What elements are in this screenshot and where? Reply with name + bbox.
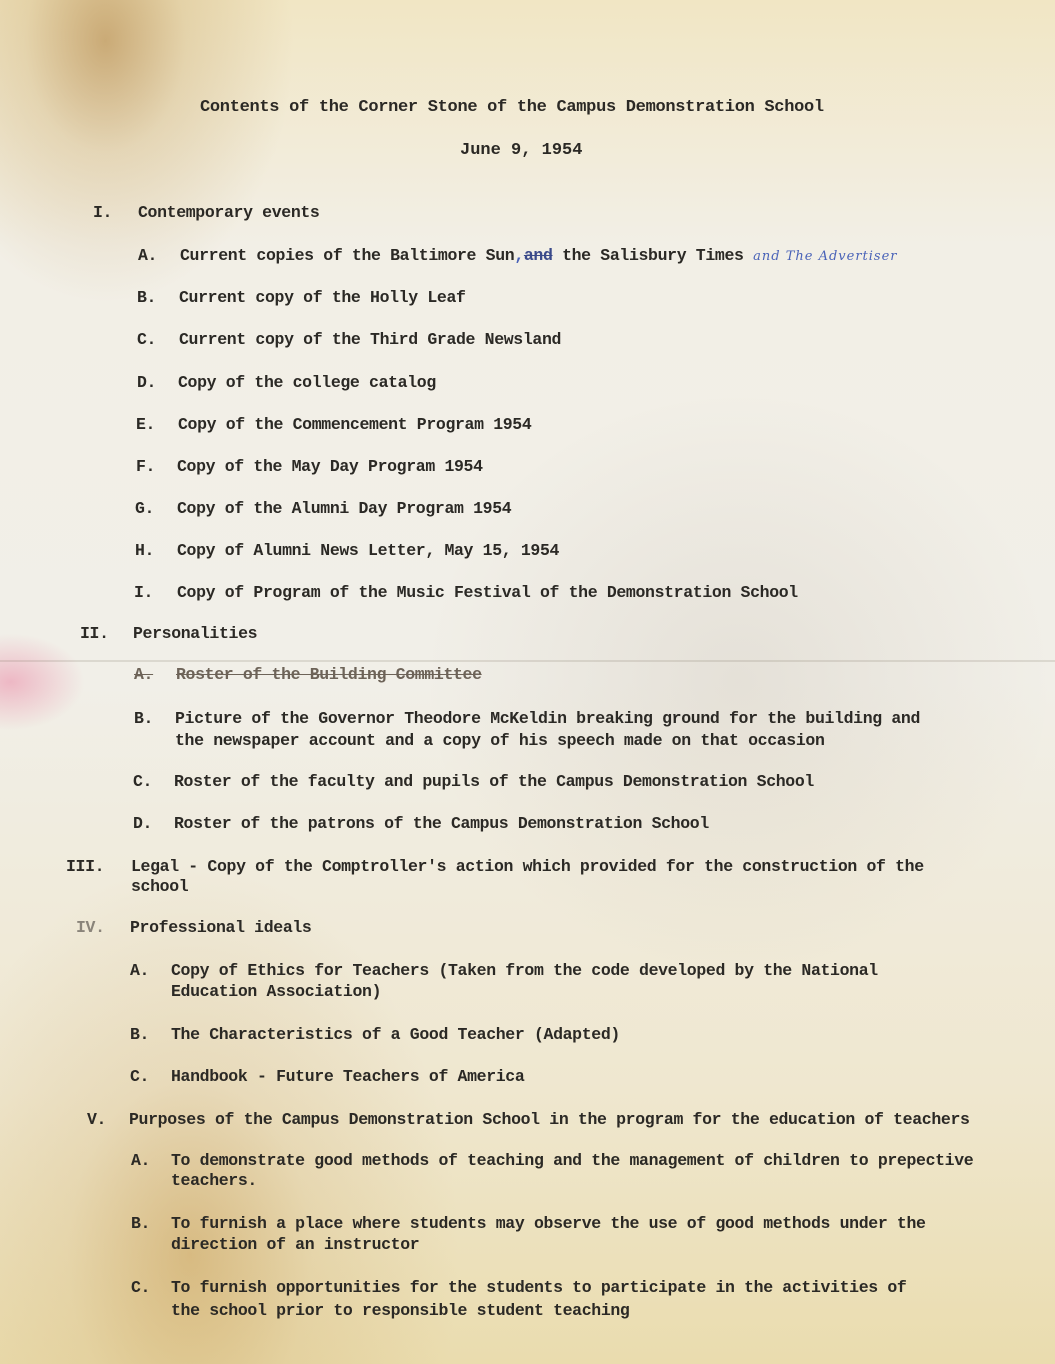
document-page: Contents of the Corner Stone of the Camp…	[0, 0, 1055, 1364]
paper-fold-line	[0, 660, 1055, 662]
document-title: Contents of the Corner Stone of the Camp…	[200, 98, 824, 117]
handwritten-annotation: and The Advertiser	[753, 249, 897, 264]
document-date: June 9, 1954	[460, 141, 582, 160]
item-text: Current copies of the Baltimore Sun,and …	[180, 245, 898, 267]
